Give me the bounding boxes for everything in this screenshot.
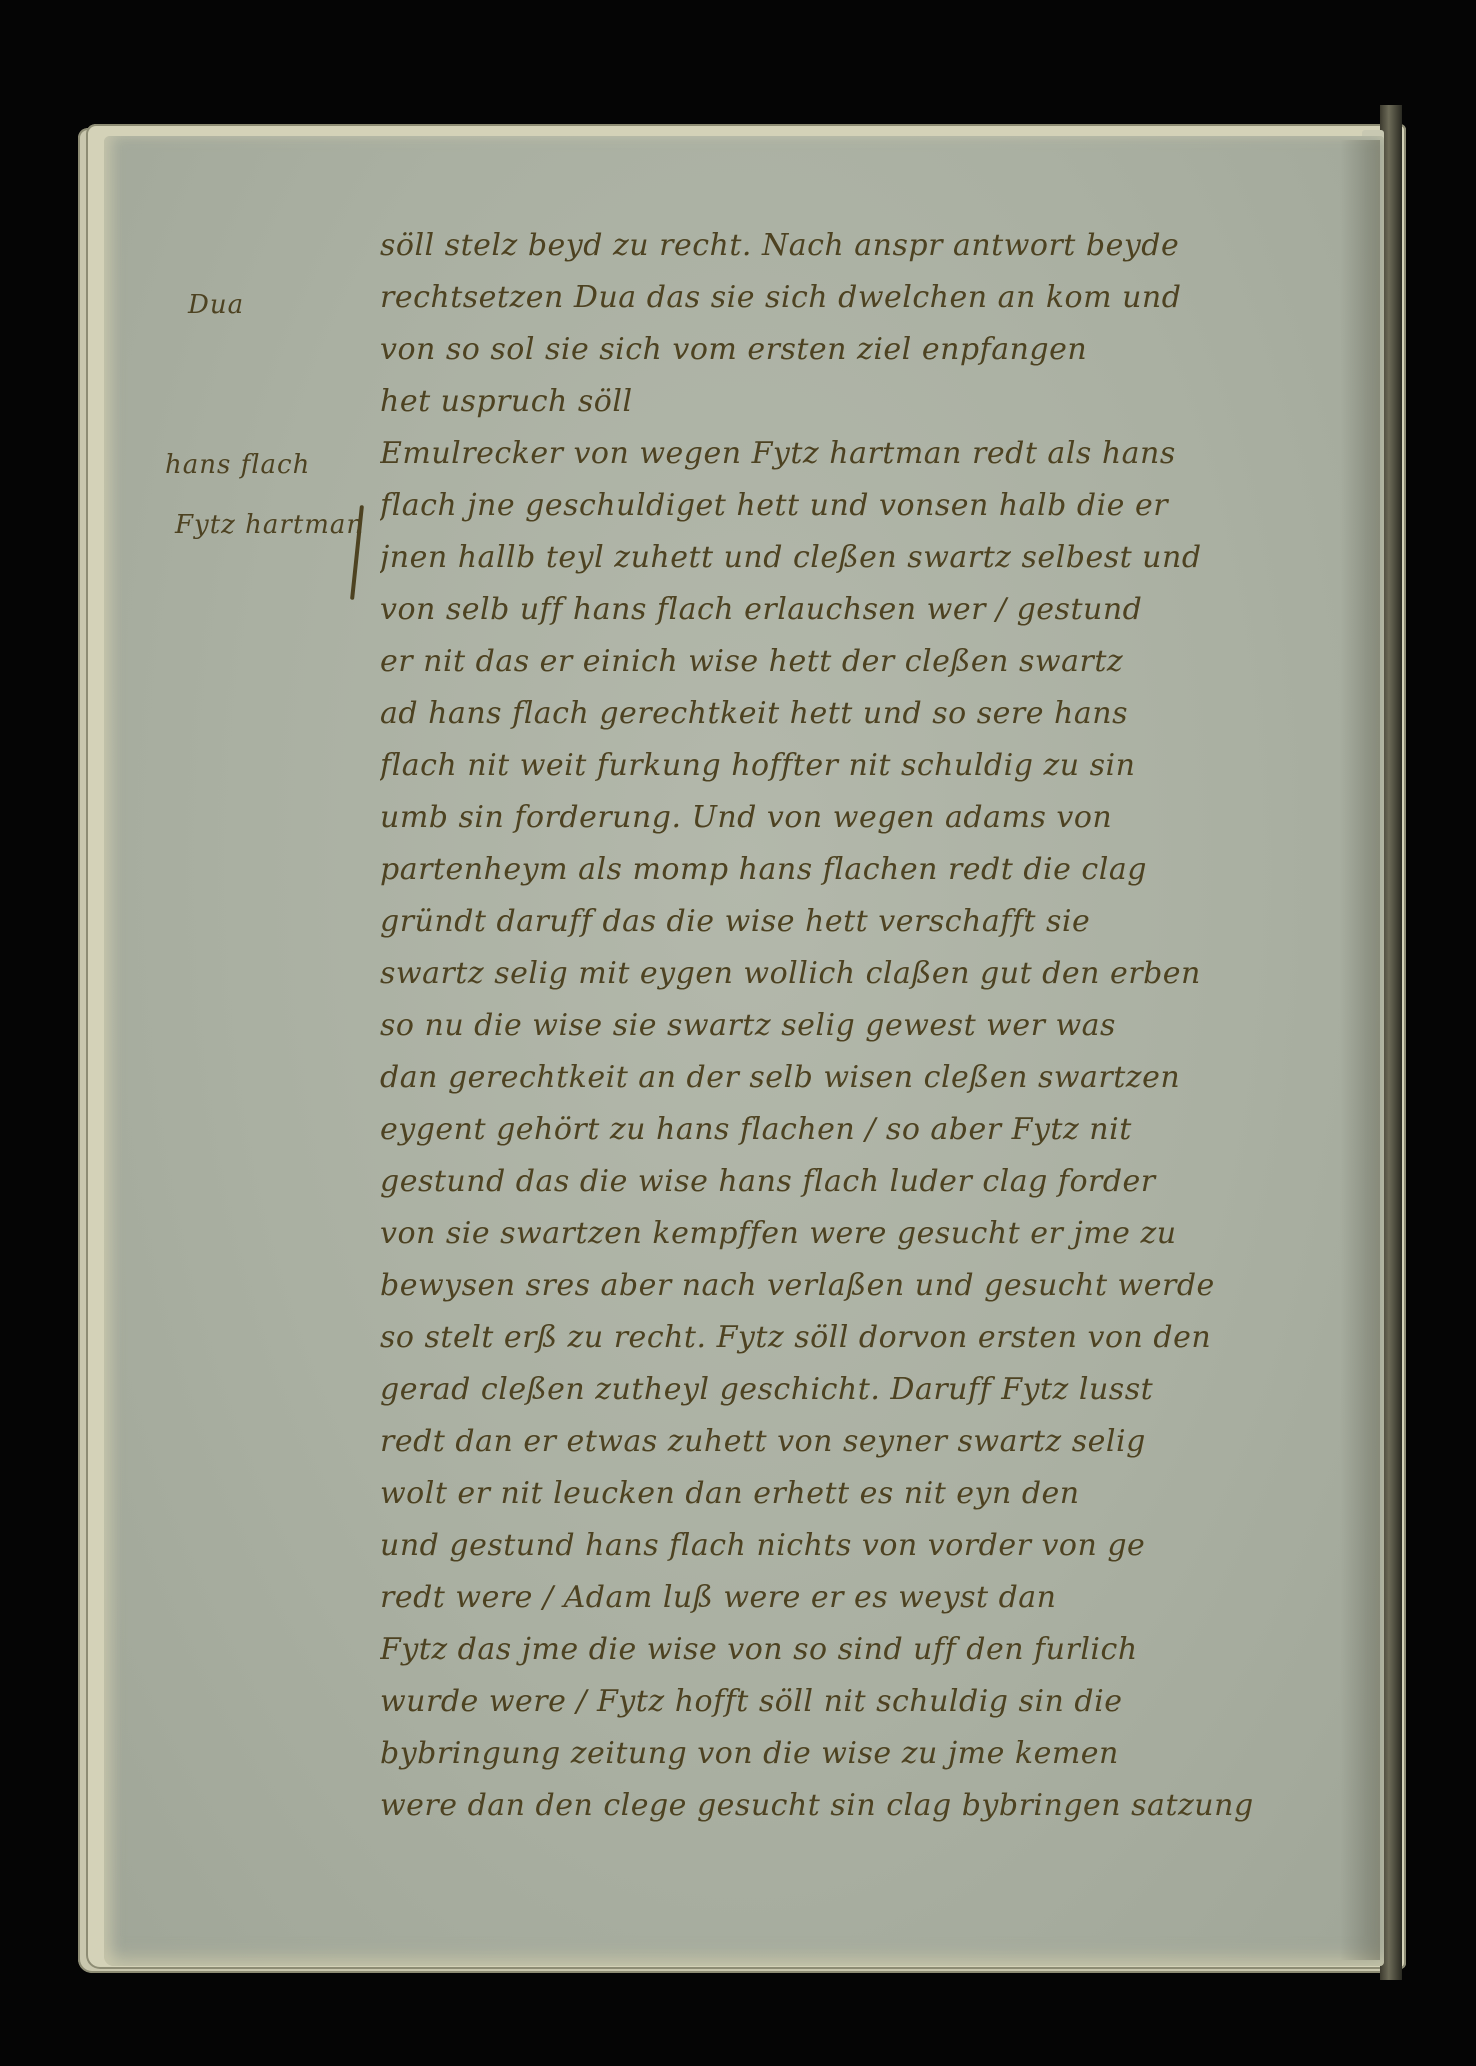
text-line: von so sol sie sich vom ersten ziel enpf… bbox=[380, 324, 1370, 376]
text-line: so stelt erß zu recht. Fytz söll dorvon … bbox=[380, 1312, 1370, 1364]
text-line: jnen hallb teyl zuhett und cleßen swartz… bbox=[380, 532, 1370, 584]
text-line: bewysen sres aber nach verlaßen und gesu… bbox=[380, 1260, 1370, 1312]
text-line: söll stelz beyd zu recht. Nach anspr ant… bbox=[380, 220, 1370, 272]
text-line: redt were / Adam luß were er es weyst da… bbox=[380, 1572, 1370, 1624]
text-line: flach nit weit furkung hoffter nit schul… bbox=[380, 740, 1370, 792]
text-line: flach jne geschuldiget hett und vonsen h… bbox=[380, 480, 1370, 532]
margin-note-hans-flach: hans flach bbox=[165, 450, 310, 480]
text-line: het uspruch söll bbox=[380, 376, 1370, 428]
text-line: von selb uff hans flach erlauchsen wer /… bbox=[380, 584, 1370, 636]
text-line: wurde were / Fytz hofft söll nit schuldi… bbox=[380, 1676, 1370, 1728]
text-line: swartz selig mit eygen wollich claßen gu… bbox=[380, 948, 1370, 1000]
text-line: Fytz das jme die wise von so sind uff de… bbox=[380, 1624, 1370, 1676]
text-line: gründt daruff das die wise hett verschaf… bbox=[380, 896, 1370, 948]
text-line: wolt er nit leucken dan erhett es nit ey… bbox=[380, 1468, 1370, 1520]
text-line: umb sin forderung. Und von wegen adams v… bbox=[380, 792, 1370, 844]
main-text-block: söll stelz beyd zu recht. Nach anspr ant… bbox=[380, 220, 1370, 1832]
text-line: eygent gehört zu hans flachen / so aber … bbox=[380, 1104, 1370, 1156]
text-line: Emulrecker von wegen Fytz hartman redt a… bbox=[380, 428, 1370, 480]
text-line: bybringung zeitung von die wise zu jme k… bbox=[380, 1728, 1370, 1780]
text-line: partenheym als momp hans flachen redt di… bbox=[380, 844, 1370, 896]
text-line: ad hans flach gerechtkeit hett und so se… bbox=[380, 688, 1370, 740]
text-line: gestund das die wise hans flach luder cl… bbox=[380, 1156, 1370, 1208]
text-line: und gestund hans flach nichts von vorder… bbox=[380, 1520, 1370, 1572]
text-line: redt dan er etwas zuhett von seyner swar… bbox=[380, 1416, 1370, 1468]
text-line: so nu die wise sie swartz selig gewest w… bbox=[380, 1000, 1370, 1052]
text-line: er nit das er einich wise hett der cleße… bbox=[380, 636, 1370, 688]
margin-note-fytz-hartman: Fytz hartman bbox=[175, 510, 364, 540]
text-line: von sie swartzen kempffen were gesucht e… bbox=[380, 1208, 1370, 1260]
text-line: dan gerechtkeit an der selb wisen cleßen… bbox=[380, 1052, 1370, 1104]
text-line: were dan den clege gesucht sin clag bybr… bbox=[380, 1780, 1370, 1832]
text-line: rechtsetzen Dua das sie sich dwelchen an… bbox=[380, 272, 1370, 324]
text-line: gerad cleßen zutheyl geschicht. Daruff F… bbox=[380, 1364, 1370, 1416]
margin-note-dua: Dua bbox=[188, 290, 244, 320]
